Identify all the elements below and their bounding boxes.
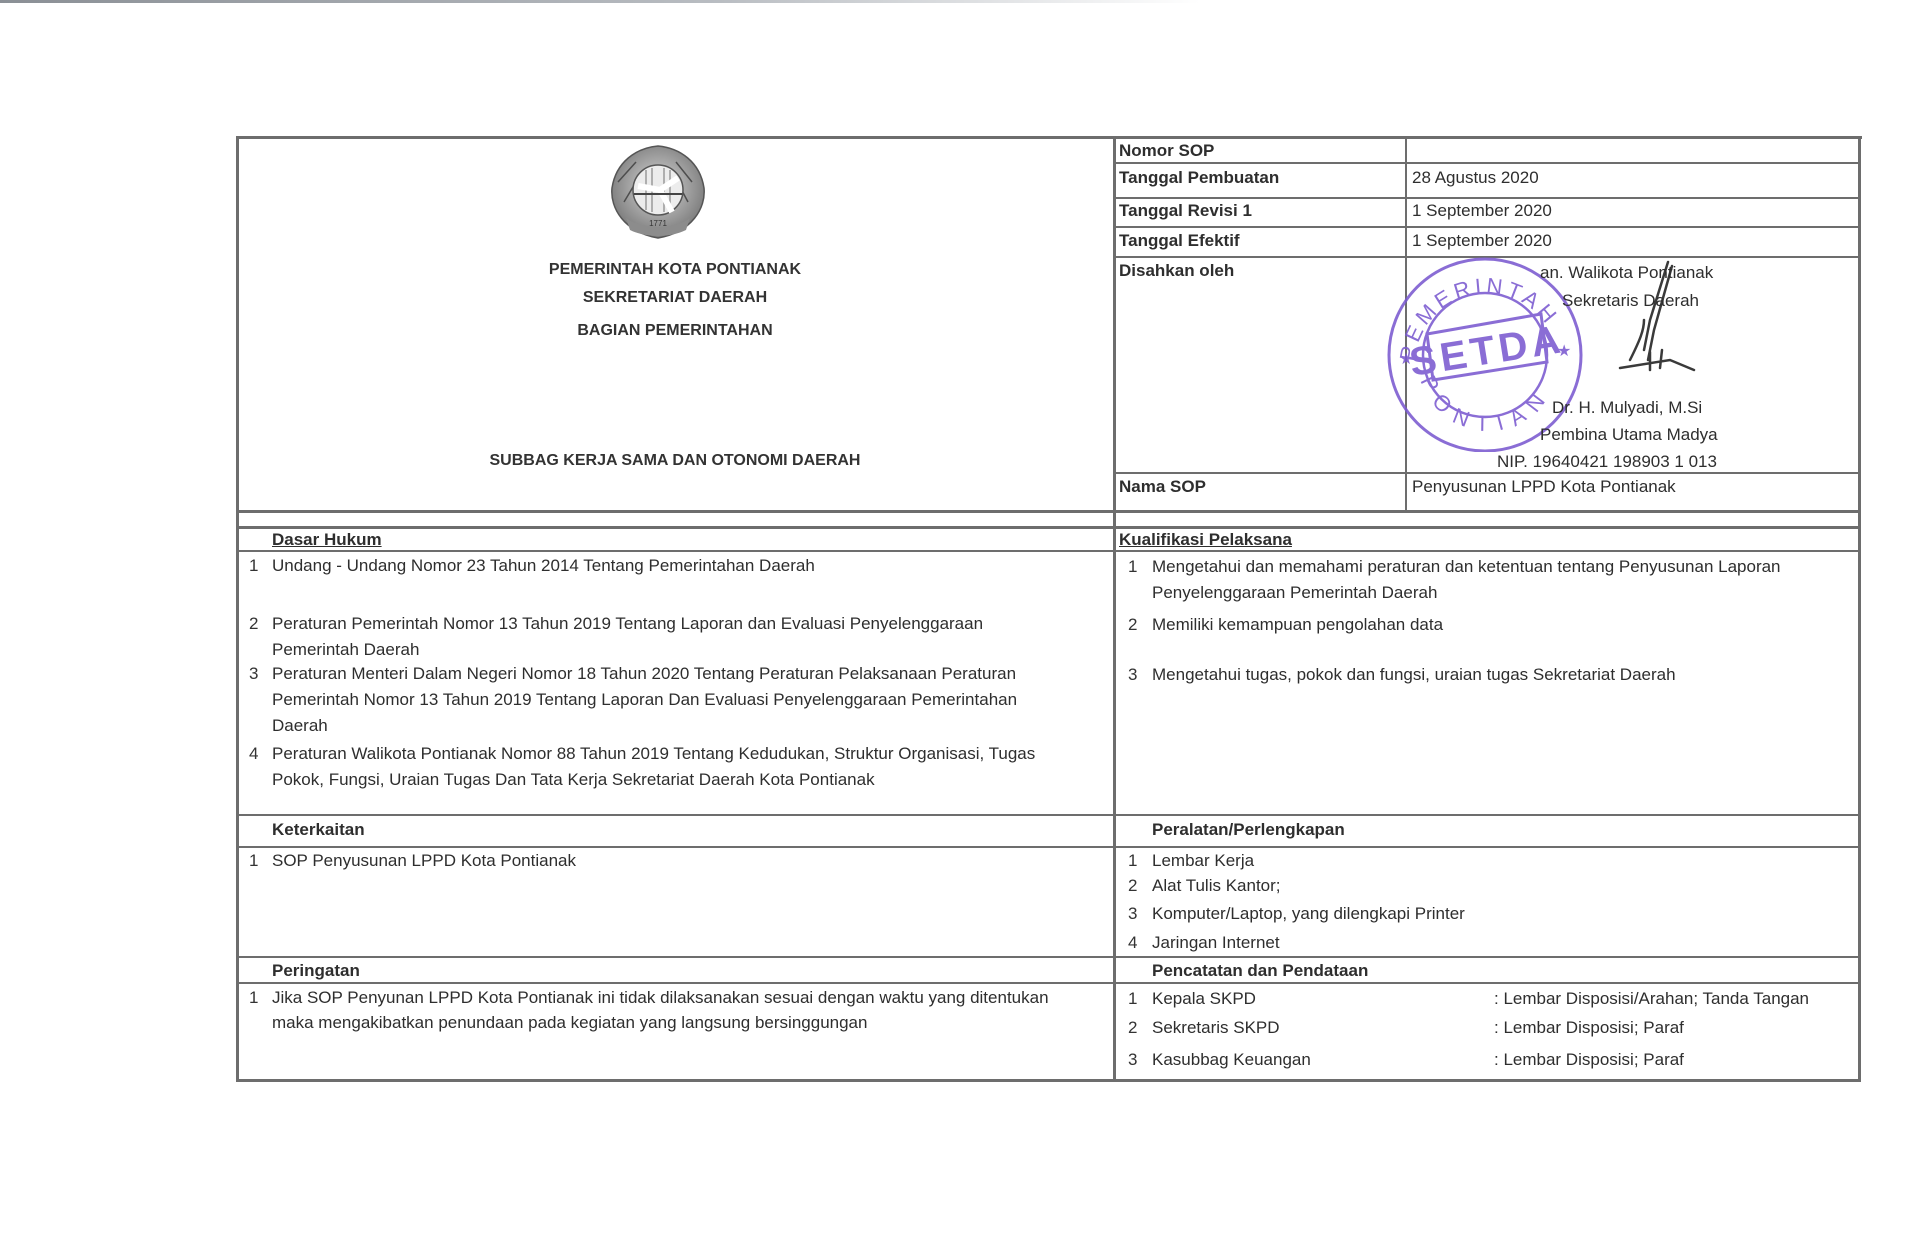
meta-row-line xyxy=(1114,197,1860,199)
approver-name: Dr. H. Mulyadi, M.Si xyxy=(1552,398,1702,418)
item-text: Peraturan Menteri Dalam Negeri Nomor 18 … xyxy=(272,664,1016,684)
item-text: Mengetahui dan memahami peraturan dan ke… xyxy=(1152,557,1781,577)
item-number: 2 xyxy=(1128,876,1137,896)
meta-label-tanggal-pembuatan: Tanggal Pembuatan xyxy=(1119,168,1279,188)
item-record: : Lembar Disposisi/Arahan; Tanda Tangan xyxy=(1494,989,1809,1009)
item-text: Memiliki kemampuan pengolahan data xyxy=(1152,615,1443,635)
section-header-line xyxy=(236,982,1861,984)
item-number: 2 xyxy=(1128,1018,1137,1038)
meta-label-nama-sop: Nama SOP xyxy=(1119,477,1206,497)
item-record: : Lembar Disposisi; Paraf xyxy=(1494,1050,1684,1070)
item-record: : Lembar Disposisi; Paraf xyxy=(1494,1018,1684,1038)
header-bottom-line xyxy=(236,510,1861,513)
org-name: PEMERINTAH KOTA PONTIANAK xyxy=(236,261,1114,279)
section-title-pencatatan: Pencatatan dan Pendataan xyxy=(1152,961,1368,981)
approver-nip: NIP. 19640421 198903 1 013 xyxy=(1497,452,1717,472)
item-text: Daerah xyxy=(272,716,328,736)
item-text: maka mengakibatkan penundaan pada kegiat… xyxy=(272,1013,867,1033)
meta-label-tanggal-efektif: Tanggal Efektif xyxy=(1119,231,1240,251)
approver-rank: Pembina Utama Madya xyxy=(1540,425,1718,445)
section-top-line xyxy=(236,814,1861,816)
item-text: Mengetahui tugas, pokok dan fungsi, urai… xyxy=(1152,665,1676,685)
item-role: Kepala SKPD xyxy=(1152,989,1256,1009)
meta-label-tanggal-revisi: Tanggal Revisi 1 xyxy=(1119,201,1252,221)
item-number: 2 xyxy=(249,614,258,634)
item-role: Kasubbag Keuangan xyxy=(1152,1050,1311,1070)
section-title-kualifikasi: Kualifikasi Pelaksana xyxy=(1119,530,1292,550)
item-text: Pokok, Fungsi, Uraian Tugas Dan Tata Ker… xyxy=(272,770,875,790)
meta-value-tanggal-pembuatan: 28 Agustus 2020 xyxy=(1412,168,1539,188)
approval-line-2: Sekretaris Daerah xyxy=(1562,291,1699,311)
item-number: 4 xyxy=(1128,933,1137,953)
meta-row-line xyxy=(1114,162,1860,164)
item-number: 4 xyxy=(249,744,258,764)
item-text: Jaringan Internet xyxy=(1152,933,1280,953)
item-number: 3 xyxy=(249,664,258,684)
item-number: 2 xyxy=(1128,615,1137,635)
org-division: BAGIAN PEMERINTAHAN xyxy=(236,322,1114,340)
item-role: Sekretaris SKPD xyxy=(1152,1018,1280,1038)
item-text: SOP Penyusunan LPPD Kota Pontianak xyxy=(272,851,576,871)
item-text: Alat Tulis Kantor; xyxy=(1152,876,1281,896)
meta-value-tanggal-efektif: 1 September 2020 xyxy=(1412,231,1552,251)
item-number: 1 xyxy=(1128,557,1137,577)
org-secretariat: SEKRETARIAT DAERAH xyxy=(236,289,1114,307)
meta-row-line xyxy=(1114,472,1860,474)
item-number: 1 xyxy=(1128,989,1137,1009)
item-number: 3 xyxy=(1128,1050,1137,1070)
item-number: 1 xyxy=(1128,851,1137,871)
table-border-top xyxy=(236,136,1862,139)
item-text: Pemerintah Nomor 13 Tahun 2019 Tentang L… xyxy=(272,690,1017,710)
meta-label-nomor-sop: Nomor SOP xyxy=(1119,141,1214,161)
section-title-peralatan: Peralatan/Perlengkapan xyxy=(1152,820,1345,840)
section-title-dasar-hukum: Dasar Hukum xyxy=(272,530,382,550)
item-number: 1 xyxy=(249,556,258,576)
city-emblem-icon: 1771 xyxy=(606,142,710,242)
section-top-line xyxy=(236,526,1861,529)
item-text: Lembar Kerja xyxy=(1152,851,1254,871)
scan-edge xyxy=(0,0,1200,3)
table-border-bottom xyxy=(236,1079,1861,1082)
item-text: Peraturan Pemerintah Nomor 13 Tahun 2019… xyxy=(272,614,983,634)
item-text: Jika SOP Penyunan LPPD Kota Pontianak in… xyxy=(272,988,1049,1008)
section-header-line xyxy=(236,550,1861,552)
meta-value-tanggal-revisi: 1 September 2020 xyxy=(1412,201,1552,221)
svg-text:1771: 1771 xyxy=(649,219,667,228)
item-text: Peraturan Walikota Pontianak Nomor 88 Ta… xyxy=(272,744,1035,764)
table-border-right xyxy=(1858,136,1861,1082)
section-title-keterkaitan: Keterkaitan xyxy=(272,820,365,840)
item-text: Pemerintah Daerah xyxy=(272,640,419,660)
approval-line-1: an. Walikota Pontianak xyxy=(1540,263,1713,283)
item-text: Komputer/Laptop, yang dilengkapi Printer xyxy=(1152,904,1465,924)
section-top-line xyxy=(236,956,1861,958)
subbag-title: SUBBAG KERJA SAMA DAN OTONOMI DAERAH xyxy=(236,452,1114,470)
item-number: 1 xyxy=(249,851,258,871)
section-header-line xyxy=(236,846,1861,848)
section-title-peringatan: Peringatan xyxy=(272,961,360,981)
meta-value-nama-sop: Penyusunan LPPD Kota Pontianak xyxy=(1412,477,1676,497)
item-text: Undang - Undang Nomor 23 Tahun 2014 Tent… xyxy=(272,556,815,576)
item-text: Penyelenggaraan Pemerintah Daerah xyxy=(1152,583,1437,603)
meta-row-line xyxy=(1114,226,1860,228)
item-number: 3 xyxy=(1128,665,1137,685)
meta-label-disahkan-oleh: Disahkan oleh xyxy=(1119,261,1234,281)
item-number: 3 xyxy=(1128,904,1137,924)
item-number: 1 xyxy=(249,988,258,1008)
